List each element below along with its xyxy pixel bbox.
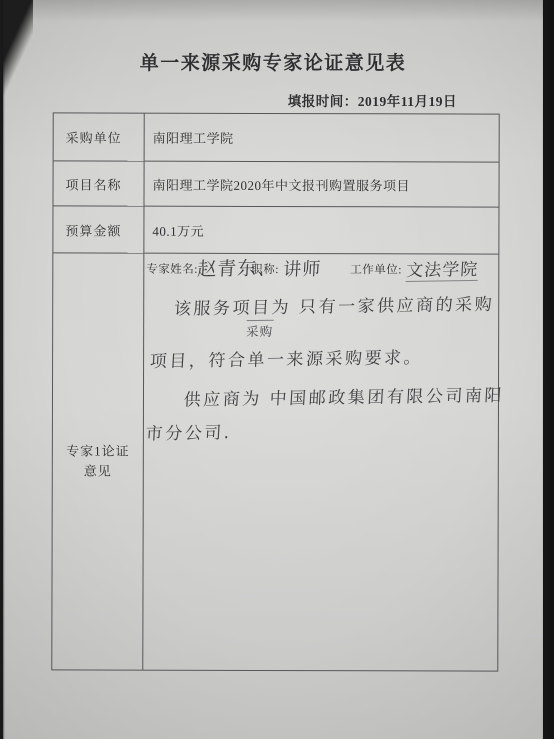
opinion-line-3: 供应商为 中国邮政集团有限公司南阳 <box>183 381 505 411</box>
photo-of-document: 单一来源采购专家论证意见表 填报时间：2019年11月19日 采购单位 南阳理工… <box>0 0 554 739</box>
expert-workunit-handwritten: 文法学院 <box>406 255 480 282</box>
opinion-line-2: 项目，符合单一来源采购要求。 <box>149 343 424 372</box>
row-label-purchasing-unit: 采购单位 <box>54 113 145 161</box>
row-label-expert1-opinion: 专家1论证意见 <box>52 253 144 669</box>
row-value-project-name: 南阳理工学院2020年中文报刊购置服务项目 <box>144 162 498 208</box>
form-table: 采购单位 南阳理工学院 项目名称 南阳理工学院2020年中文报刊购置服务项目 预… <box>51 112 499 671</box>
opinion-line-1: 该服务项目为 只有一家供应商的采购 <box>173 290 495 320</box>
paper-sheet: 单一来源采购专家论证意见表 填报时间：2019年11月19日 采购单位 南阳理工… <box>3 0 543 739</box>
expert-jobtitle-handwritten: 讲师 <box>283 255 322 282</box>
photo-corner-shadow <box>3 0 33 95</box>
report-date: 填报时间：2019年11月19日 <box>3 90 543 110</box>
row-label-budget-amount: 预算金额 <box>53 206 144 253</box>
photo-right-edge <box>542 0 554 739</box>
row-value-budget-amount: 40.1万元 <box>144 207 498 255</box>
expert-workunit-label: 工作单位: <box>350 261 402 277</box>
expert-jobtitle-label: 职称: <box>251 261 279 277</box>
opinion-line-4: 市分公司. <box>145 418 232 444</box>
row-value-purchasing-unit: 南阳理工学院 <box>145 114 499 163</box>
expert-name-label: 专家姓名: <box>146 261 198 277</box>
opinion-inserted-word: 采购 <box>246 320 274 340</box>
photo-left-edge <box>0 0 5 739</box>
row-label-project-name: 项目名称 <box>53 161 144 206</box>
expert1-opinion-cell: 专家姓名: 赵青东、 职称: 讲师 工作单位: 文法学院 该服务项目为 只有一家… <box>143 254 498 671</box>
form-title: 单一来源采购专家论证意见表 <box>3 48 543 75</box>
